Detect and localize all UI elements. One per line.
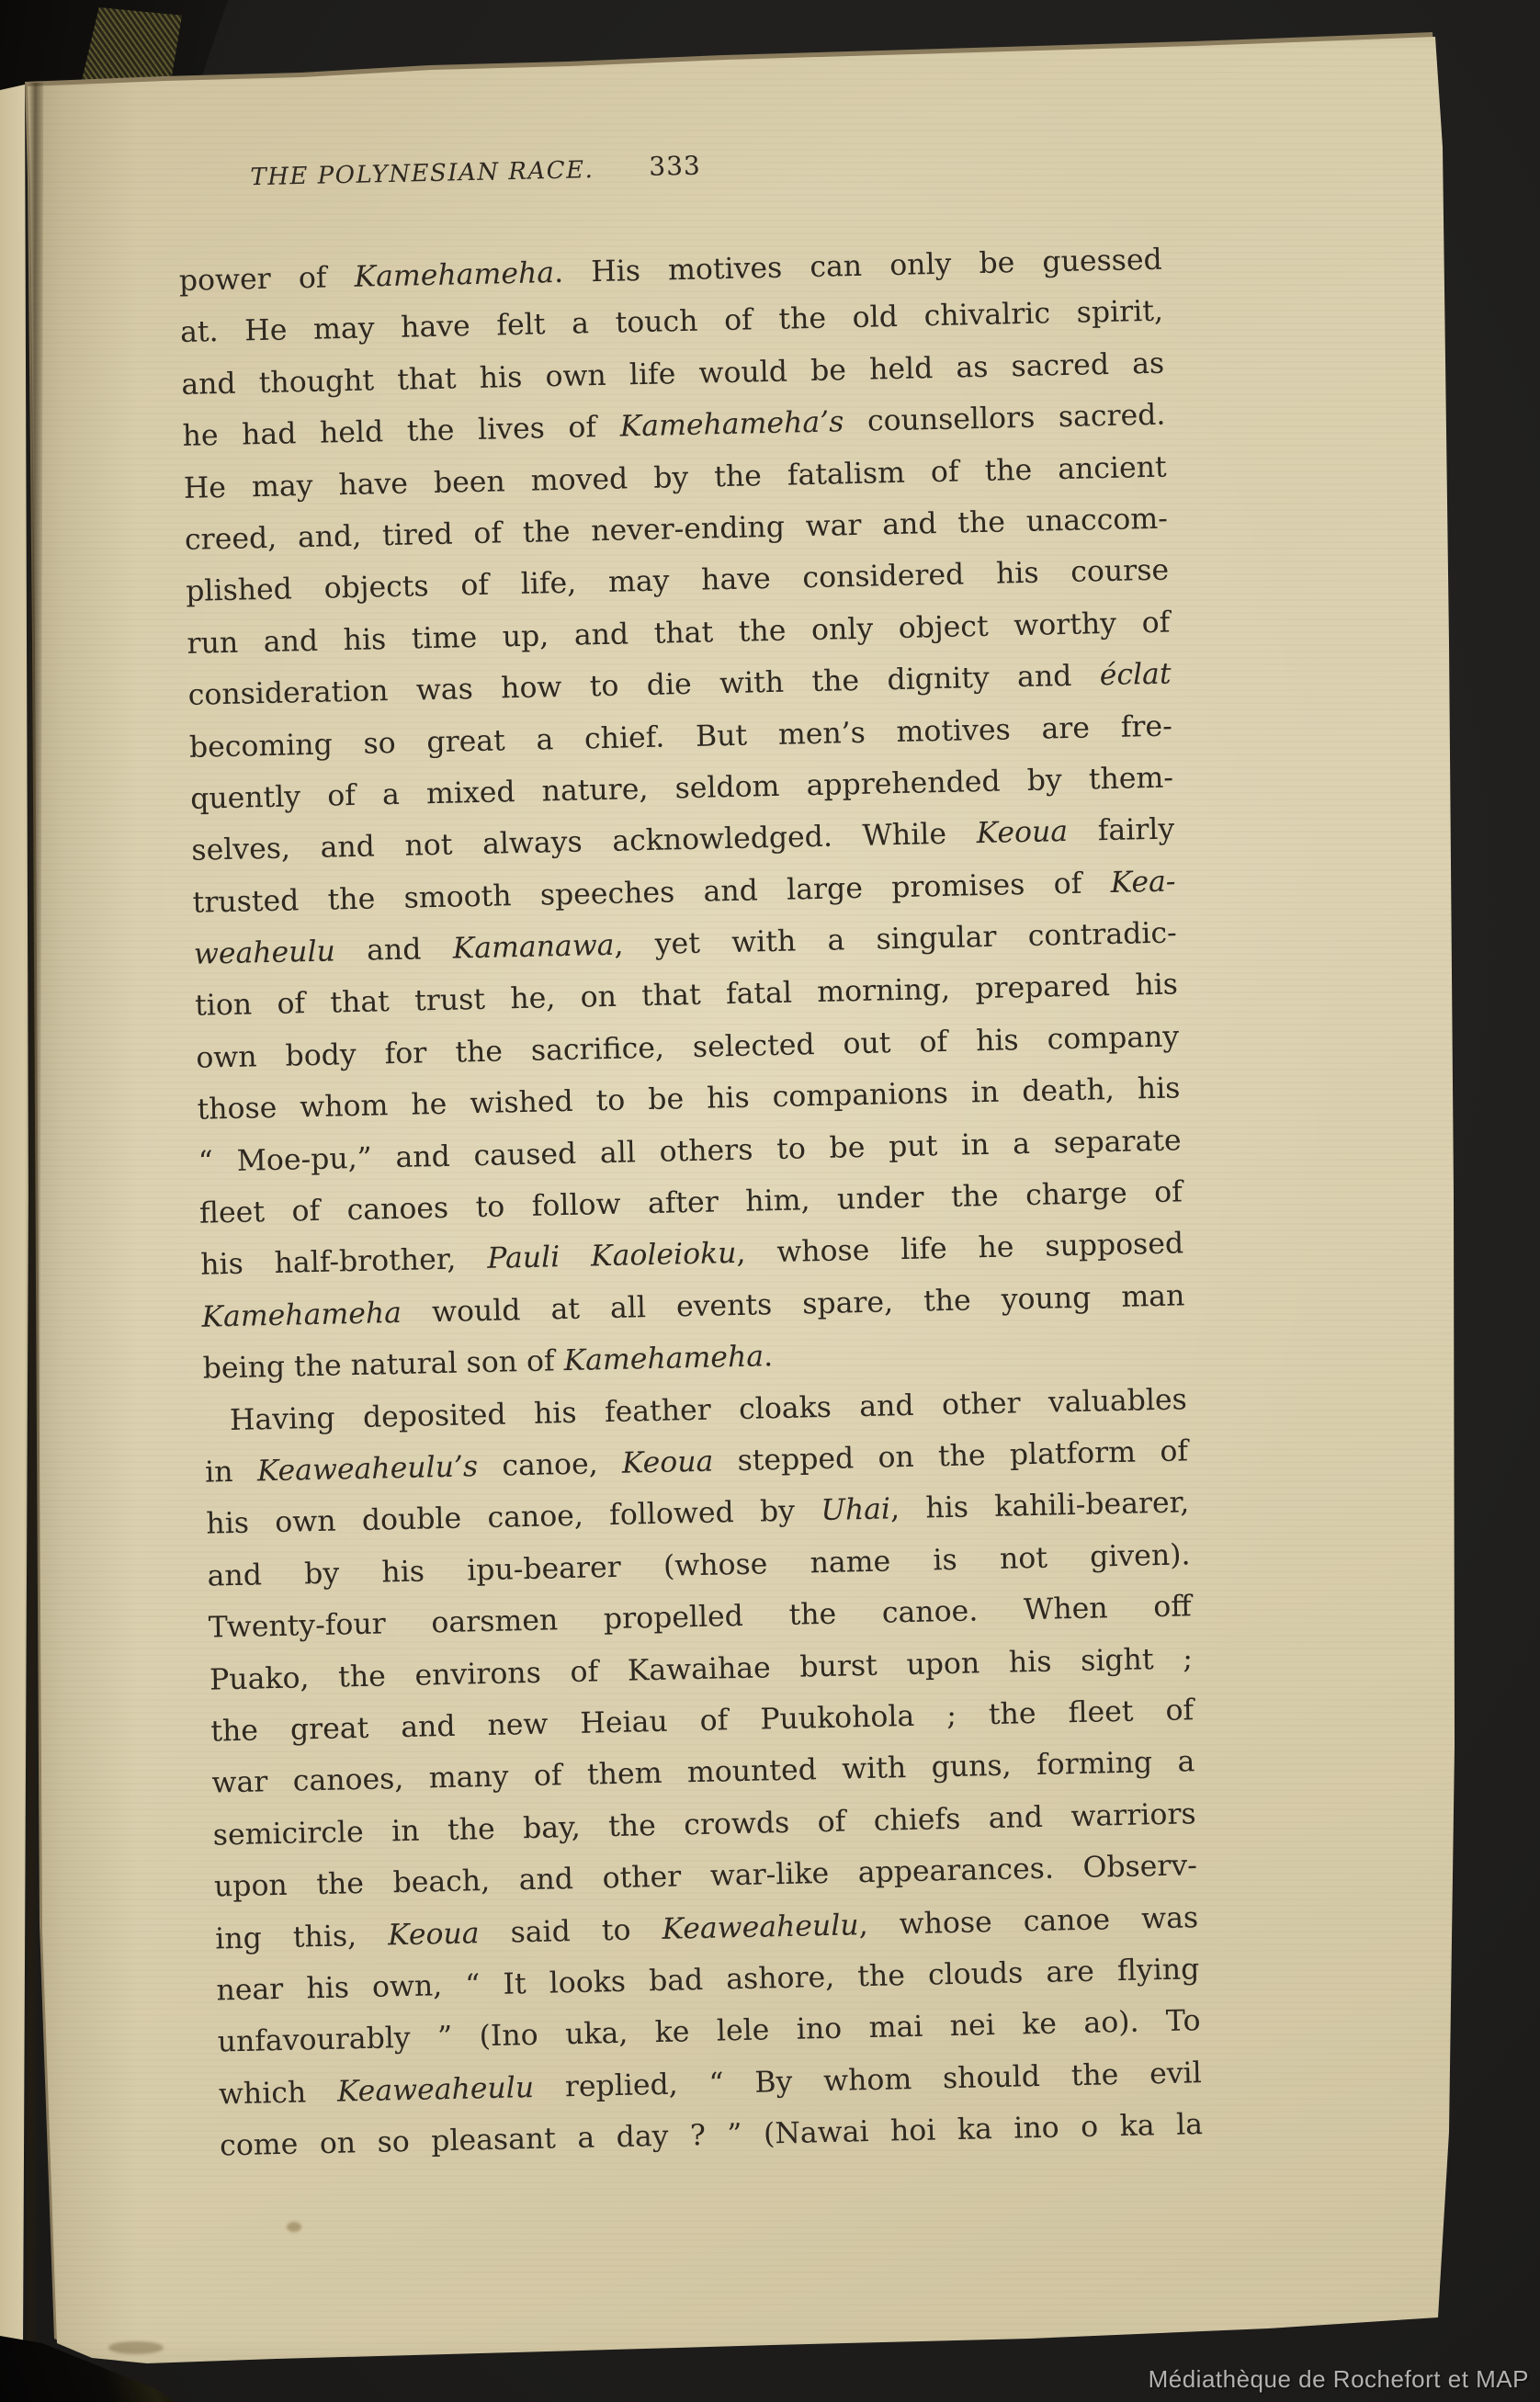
book-page: THE POLYNESIAN RACE. 333 power of Kameha…: [0, 0, 1540, 2402]
text-line: at. He may have felt a touch of the old …: [180, 286, 1164, 359]
text-line: Puako, the environs of Kawaihae burst up…: [209, 1633, 1194, 1706]
text-line: in Keaweaheulu’s canoe, Keoua stepped on…: [205, 1425, 1189, 1499]
page-header: THE POLYNESIAN RACE. 333: [176, 137, 1161, 208]
text-line: own body for the sacrifice, selected out…: [196, 1011, 1180, 1084]
text-line: Having deposited his feather cloaks and …: [203, 1374, 1187, 1447]
text-line: “ Moe-pu,” and caused all others to be p…: [198, 1115, 1182, 1188]
text-line: being the natural son of Kamehameha.: [202, 1322, 1186, 1396]
text-line: Twenty-four oarsmen propelled the canoe.…: [208, 1581, 1192, 1654]
text-line: run and his time up, and that the only o…: [187, 596, 1171, 670]
text-line: selves, and not always acknowledged. Whi…: [191, 804, 1175, 878]
source-credit-watermark: Médiathèque de Rochefort et MAP: [1149, 2365, 1529, 2394]
text-line: and by his ipu-bearer (whose name is not…: [207, 1529, 1191, 1603]
text-line: upon the beach, and other war-like appea…: [213, 1840, 1197, 1913]
text-line: creed, and, tired of the never-ending wa…: [184, 493, 1168, 567]
text-line: war canoes, many of them mounted with gu…: [211, 1737, 1195, 1810]
text-line: and thought that his own life would be h…: [181, 337, 1165, 411]
foxing-spot: [287, 2222, 301, 2232]
body-text: power of Kamehameha. His motives can onl…: [178, 234, 1203, 2172]
paragraph: power of Kamehameha. His motives can onl…: [178, 234, 1186, 1396]
text-line: his half-brother, Pauli Kaoleioku, whose…: [200, 1218, 1184, 1292]
text-line: consideration was how to die with the di…: [187, 649, 1172, 722]
page-number: 333: [649, 151, 701, 182]
text-line: semicircle in the bay, the crowds of chi…: [212, 1788, 1196, 1862]
text-line: near his own, “ It looks bad ashore, the…: [216, 1943, 1200, 2017]
text-line: power of Kamehameha. His motives can onl…: [178, 234, 1162, 308]
running-head: THE POLYNESIAN RACE.: [250, 156, 594, 191]
text-line: unfavourably ” (Ino uka, ke lele ino mai…: [217, 1995, 1201, 2068]
text-line: ing this, Keoua said to Keaweaheulu, who…: [215, 1892, 1199, 1966]
text-line: his own double canoe, followed by Uhai, …: [206, 1478, 1190, 1551]
text-line: He may have been moved by the fatalism o…: [183, 441, 1167, 515]
paragraph: Having deposited his feather cloaks and …: [203, 1374, 1203, 2172]
photo-backdrop: THE POLYNESIAN RACE. 333 power of Kameha…: [0, 0, 1540, 2402]
text-line: Kamehameha would at all events spare, th…: [201, 1270, 1185, 1343]
foxing-spot: [108, 2341, 164, 2354]
text-line: tion of that trust he, on that fatal mor…: [195, 959, 1179, 1033]
text-line: those whom he wished to be his companion…: [197, 1063, 1181, 1137]
page-content: THE POLYNESIAN RACE. 333 power of Kameha…: [176, 137, 1204, 2172]
text-line: trusted the smooth speeches and large pr…: [192, 855, 1176, 929]
text-line: which Keaweaheulu replied, “ By whom sho…: [218, 2047, 1202, 2121]
text-line: the great and new Heiau of Puukohola ; t…: [210, 1684, 1195, 1758]
text-line: he had held the lives of Kamehameha’s co…: [182, 390, 1166, 463]
text-line: becoming so great a chief. But men’s mot…: [188, 700, 1172, 774]
text-line: fleet of canoes to follow after him, und…: [198, 1166, 1183, 1240]
text-line: come on so pleasant a day ? ” (Nawai hoi…: [220, 2099, 1204, 2172]
text-line: quently of a mixed nature, seldom appreh…: [190, 752, 1174, 825]
text-line: weaheulu and Kamanawa, yet with a singul…: [193, 908, 1177, 981]
text-line: plished objects of life, may have consid…: [186, 545, 1170, 618]
